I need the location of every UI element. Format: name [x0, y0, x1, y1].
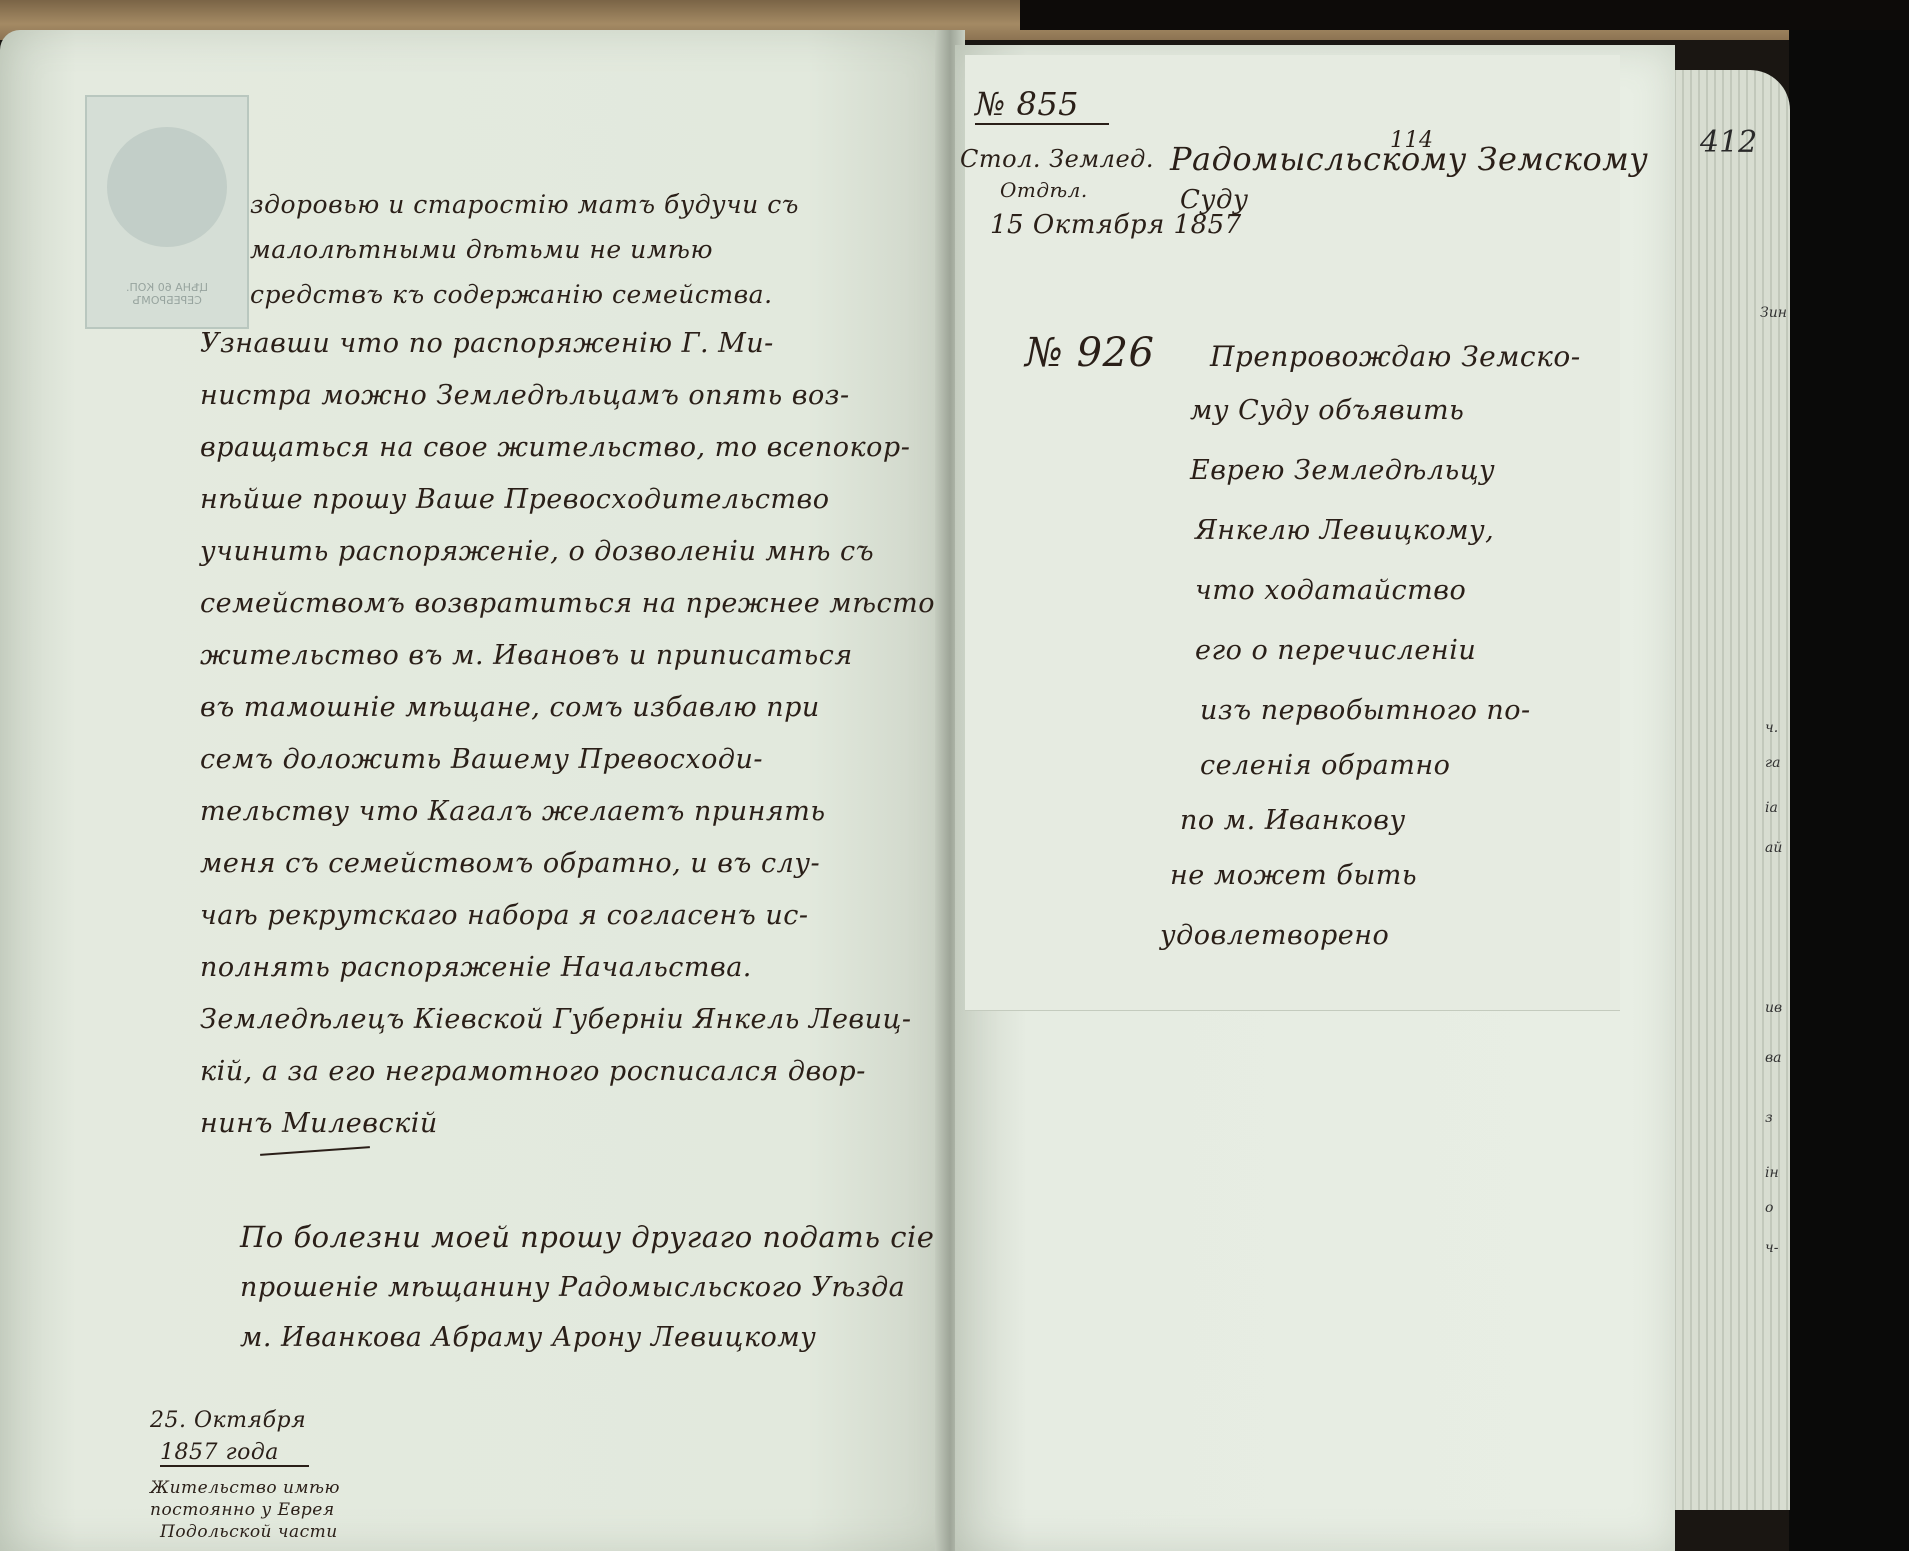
- text-line: вращаться на свое жительство, то всепоко…: [200, 432, 910, 463]
- text-line: Землед­ѣлецъ Кіевской Губерніи Янкель Ле…: [200, 1004, 912, 1035]
- margin-mark: ч-: [1765, 1240, 1778, 1256]
- date-year: 1857 года: [160, 1440, 309, 1467]
- text-line: учинить распоряженіе, о дозволеніи мнѣ с…: [200, 536, 874, 567]
- closing-line: м. Иванкова Абраму Арону Левицкому: [240, 1322, 816, 1353]
- margin-mark: ив: [1765, 1000, 1782, 1016]
- margin-mark: іа: [1765, 800, 1778, 816]
- signature-line: нинъ Милевскій: [200, 1108, 438, 1139]
- text-line: нѣйше прошу Ваше Превосходительство: [200, 484, 830, 515]
- text-line: Препровождаю Земско-: [1210, 340, 1581, 373]
- addressee-line: Суду: [1180, 185, 1249, 215]
- registration-number: № 855: [975, 85, 1109, 125]
- closing-line: прошеніе мѣщанину Радомысльского Уѣзда: [240, 1272, 905, 1303]
- text-line: нистра можно Землед­ѣльцамъ опять воз-: [200, 380, 850, 411]
- stamp-emblem-icon: [107, 127, 227, 247]
- residence-line: Подольской части: [160, 1522, 338, 1542]
- margin-mark: га: [1765, 755, 1780, 771]
- text-line: тельству что Кагалъ желаетъ принять: [200, 796, 826, 827]
- residence-line: Жительство имѣю: [150, 1478, 340, 1498]
- text-line: не может быть: [1170, 860, 1417, 891]
- text-line: селенія обратно: [1200, 750, 1450, 781]
- closing-line: По болезни моей прошу другаго подать сіе: [240, 1220, 934, 1254]
- text-line: изъ первобытного по-: [1200, 695, 1531, 726]
- resolution-number: № 926: [1025, 330, 1154, 376]
- text-line: чаѣ рекрутскаго набора я согласенъ ис-: [200, 900, 809, 931]
- text-line: Янкелю Левицкому,: [1195, 515, 1494, 546]
- margin-mark: ін: [1765, 1165, 1779, 1181]
- text-line: му Суду объявить: [1190, 395, 1464, 426]
- page-mark: 114: [1390, 128, 1434, 153]
- date-day-month: 25. Октября: [150, 1408, 306, 1433]
- desk-line: Отдѣл.: [1000, 178, 1088, 202]
- text-line: семействомъ возвратиться на прежнее мѣст…: [200, 588, 935, 619]
- text-line: средствъ къ содержанію семейства.: [250, 280, 773, 309]
- text-line: удовлетворено: [1160, 920, 1389, 951]
- text-line: жительство въ м. Ивановъ и приписаться: [200, 640, 853, 671]
- margin-mark: з: [1765, 1110, 1773, 1126]
- text-line: кій, а за его неграмотного росписался дв…: [200, 1056, 866, 1087]
- text-line: что ходатайство: [1195, 575, 1466, 606]
- text-line: семъ доложить Вашему Превосходи-: [200, 744, 763, 775]
- stacked-page-edges: [1660, 70, 1790, 1510]
- residence-line: постоянно у Еврея: [150, 1500, 335, 1520]
- dark-background-top: [1020, 0, 1909, 30]
- margin-mark: ч.: [1765, 720, 1778, 736]
- text-line: малолѣтными дѣтьми не имѣю: [250, 235, 713, 264]
- text-line: Узнавши что по распоряженію Г. Ми-: [200, 328, 774, 359]
- margin-mark: о: [1765, 1200, 1773, 1216]
- margin-mark: ва: [1765, 1050, 1782, 1066]
- text-line: его о перечисленіи: [1195, 635, 1476, 666]
- margin-mark: Зин: [1760, 305, 1787, 321]
- desk-line: Стол. Землед.: [960, 145, 1154, 173]
- dark-background-right: [1789, 30, 1909, 1551]
- text-line: меня съ семействомъ обратно, и въ слу-: [200, 848, 820, 879]
- margin-mark: ай: [1765, 840, 1782, 856]
- folio-number: 412: [1700, 125, 1757, 160]
- stamp-text: ЦѢНА 60 КОП. СЕРЕБРОМЪ: [97, 281, 237, 307]
- text-line: полнять распоряженіе Начальства.: [200, 952, 752, 983]
- text-line: Еврею Землед­ѣльцу: [1190, 455, 1495, 486]
- text-line: по м. Иванкову: [1180, 805, 1406, 836]
- text-line: въ тамошніе мѣщане, сомъ избавлю при: [200, 692, 820, 723]
- text-line: здоровью и старостію матъ будучи съ: [250, 190, 799, 219]
- revenue-stamp: ЦѢНА 60 КОП. СЕРЕБРОМЪ: [85, 95, 249, 329]
